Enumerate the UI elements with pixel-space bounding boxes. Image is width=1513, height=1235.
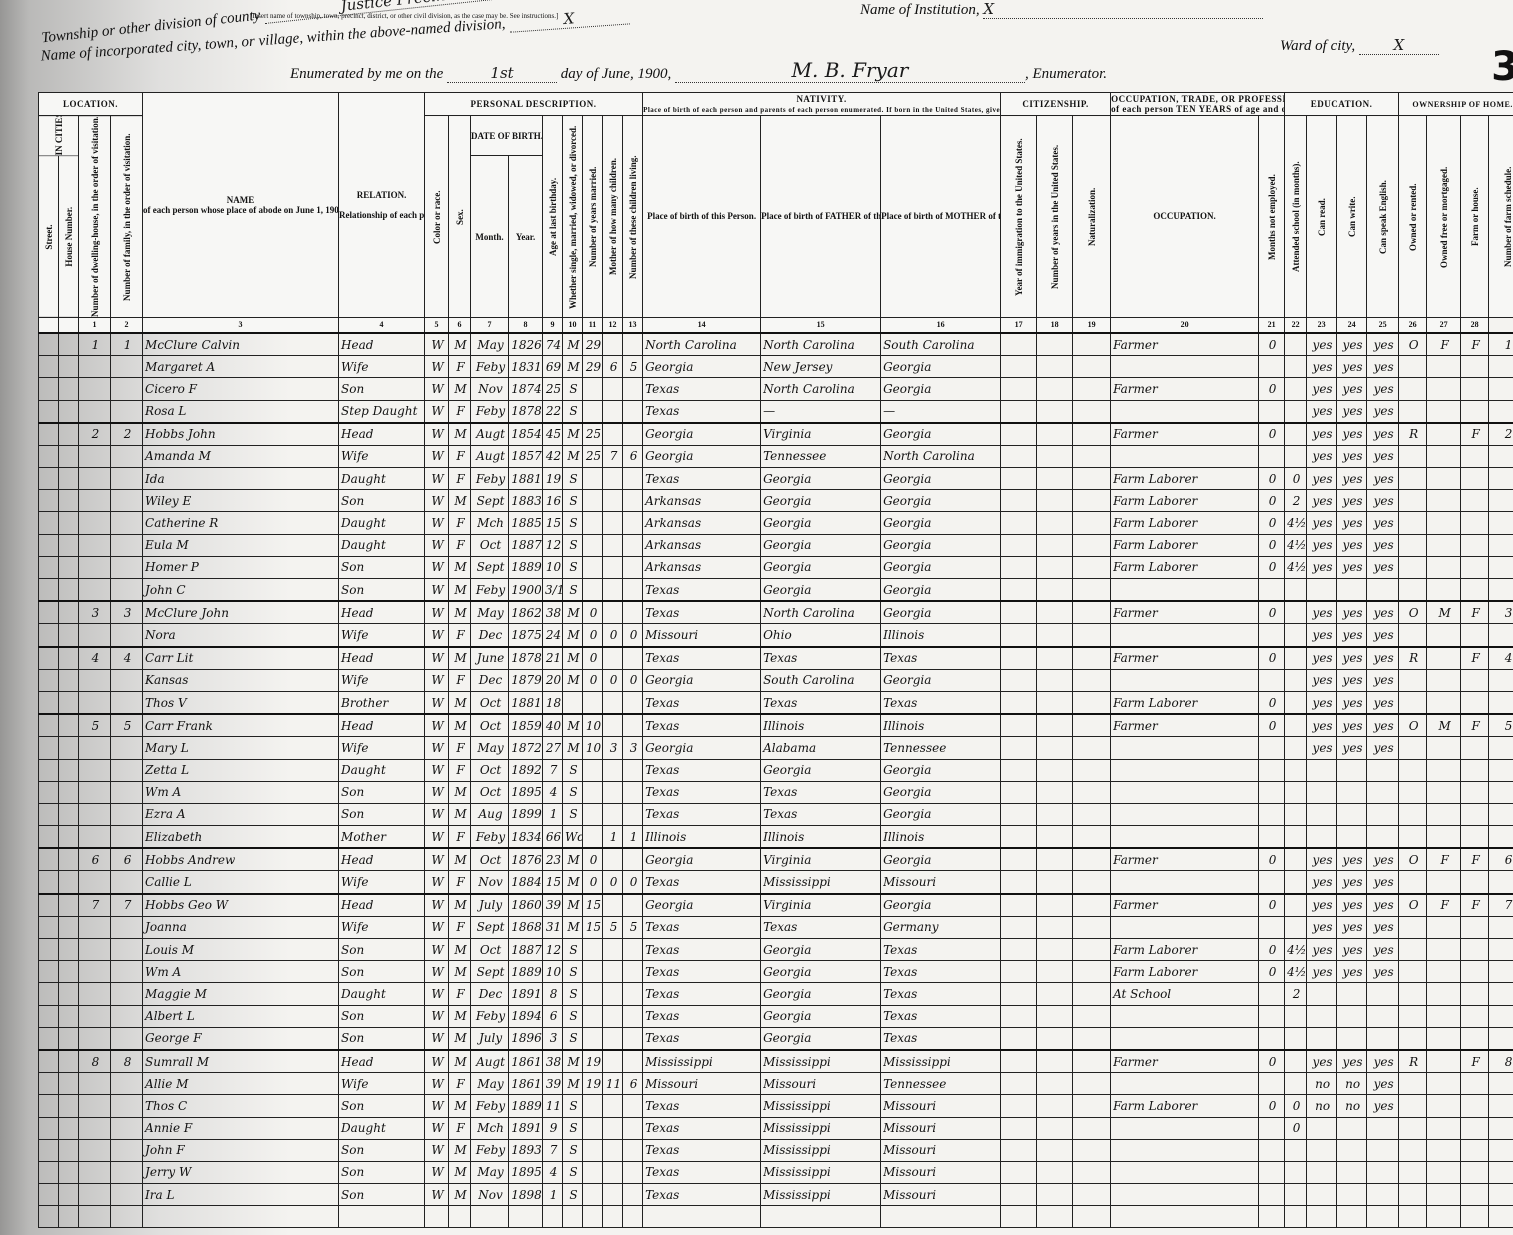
street-cell	[39, 894, 59, 917]
birth-month-cell: May	[471, 601, 509, 624]
age-cell: 74	[543, 333, 563, 356]
column-number: 7	[471, 317, 509, 333]
children-living-cell	[623, 1206, 643, 1228]
dwelling-number-cell: 3	[79, 601, 111, 624]
can-write-cell: yes	[1337, 939, 1367, 961]
birth-month-cell: Feby	[471, 468, 509, 490]
children-living-cell	[623, 647, 643, 670]
age-cell: 66	[543, 826, 563, 849]
marital-status-cell: S	[563, 579, 583, 602]
naturalization-cell	[1073, 1117, 1111, 1139]
mother-of-cell	[603, 1027, 623, 1050]
months-unemployed-cell	[1259, 1073, 1285, 1095]
naturalization-cell	[1073, 691, 1111, 714]
years-married-cell: 0	[583, 601, 603, 624]
age-cell: 23	[543, 848, 563, 871]
age-cell: 15	[543, 871, 563, 894]
occupation-cell	[1111, 916, 1259, 938]
can-speak-english-cell: yes	[1367, 333, 1399, 356]
relation-cell: Son	[339, 490, 425, 512]
years-married-cell: 10	[583, 714, 603, 737]
years-in-us-cell	[1037, 714, 1073, 737]
house-number-cell	[59, 624, 79, 647]
street-cell	[39, 848, 59, 871]
occupation-cell: Farm Laborer	[1111, 556, 1259, 578]
house-number-cell	[59, 961, 79, 983]
birth-month-cell: May	[471, 737, 509, 759]
can-speak-english-cell	[1367, 1161, 1399, 1183]
can-write-cell	[1337, 1117, 1367, 1139]
birth-month-cell: Sept	[471, 490, 509, 512]
naturalization-cell	[1073, 579, 1111, 602]
birth-month-cell: Oct	[471, 848, 509, 871]
marital-status-cell: S	[563, 803, 583, 825]
can-write-cell: yes	[1337, 378, 1367, 400]
occupation-section-header: OCCUPATION, TRADE, OR PROFESSIONof each …	[1111, 93, 1285, 116]
naturalization-cell	[1073, 356, 1111, 378]
years-married-cell	[583, 1184, 603, 1206]
can-read-cell: yes	[1307, 714, 1337, 737]
age-cell: 7	[543, 1139, 563, 1161]
color-cell: W	[425, 490, 449, 512]
months-unemployed-cell	[1259, 579, 1285, 602]
house-number-cell	[59, 378, 79, 400]
birthplace-cell: Texas	[643, 939, 761, 961]
owned-rented-cell	[1399, 737, 1427, 759]
color-cell: W	[425, 423, 449, 446]
farm-house-cell	[1461, 961, 1489, 983]
mother-of-cell	[603, 691, 623, 714]
occupation-cell	[1111, 1005, 1259, 1027]
farm-house-cell	[1461, 579, 1489, 602]
house-number-cell	[59, 737, 79, 759]
mother-birthplace-cell: Georgia	[881, 556, 1001, 578]
color-cell: W	[425, 400, 449, 423]
father-birthplace-cell: —	[761, 400, 881, 423]
house-number-cell	[59, 894, 79, 917]
color-cell: W	[425, 871, 449, 894]
house-number-cell	[59, 1206, 79, 1228]
family-number-cell	[111, 624, 143, 647]
father-birthplace-cell: Mississippi	[761, 1139, 881, 1161]
can-write-cell: yes	[1337, 894, 1367, 917]
immigration-year-cell	[1001, 333, 1037, 356]
relation-cell	[339, 1206, 425, 1228]
color-cell: W	[425, 534, 449, 556]
age-cell: 3	[543, 1027, 563, 1050]
owned-rented-cell	[1399, 691, 1427, 714]
relation-cell: Head	[339, 894, 425, 917]
father-birthplace-cell: Georgia	[761, 961, 881, 983]
naturalization-cell	[1073, 400, 1111, 423]
birth-year-cell: 1861	[509, 1073, 543, 1095]
years-in-us-header: Number of years in the United States.	[1037, 116, 1073, 318]
institution-label: Name of Institution,	[860, 2, 980, 18]
can-read-cell	[1307, 759, 1337, 781]
years-married-cell	[583, 803, 603, 825]
years-in-us-cell	[1037, 1027, 1073, 1050]
color-cell: W	[425, 579, 449, 602]
family-number-cell: 1	[111, 333, 143, 356]
school-months-cell: 0	[1285, 1095, 1307, 1117]
age-cell: 4	[543, 1161, 563, 1183]
owned-rented-cell	[1399, 1073, 1427, 1095]
birth-year-cell: 1881	[509, 468, 543, 490]
street-cell	[39, 624, 59, 647]
father-birthplace-cell: Mississippi	[761, 1161, 881, 1183]
can-speak-english-cell: yes	[1367, 737, 1399, 759]
enumerator-name: M. B. Fryar	[675, 58, 1025, 83]
years-married-cell	[583, 490, 603, 512]
institution-line: Name of Institution, X	[860, 0, 1263, 19]
naturalization-cell	[1073, 1050, 1111, 1073]
naturalization-cell	[1073, 759, 1111, 781]
column-number: 28	[1461, 317, 1489, 333]
owned-rented-cell	[1399, 490, 1427, 512]
occupation-cell: Farmer	[1111, 423, 1259, 446]
free-mortgaged-cell	[1427, 1206, 1461, 1228]
occupation-cell	[1111, 803, 1259, 825]
person-name-cell: Hobbs Andrew	[143, 848, 339, 871]
dwelling-number-cell	[79, 983, 111, 1005]
immigration-year-cell	[1001, 1161, 1037, 1183]
birthplace-cell: Texas	[643, 468, 761, 490]
birthplace-cell: Texas	[643, 1117, 761, 1139]
mother-of-cell	[603, 1050, 623, 1073]
years-in-us-cell	[1037, 1005, 1073, 1027]
age-cell: 15	[543, 512, 563, 534]
citizenship-header: CITIZENSHIP.	[1001, 93, 1111, 116]
immigration-year-cell	[1001, 691, 1037, 714]
person-name-cell: Ida	[143, 468, 339, 490]
years-married-cell: 29	[583, 356, 603, 378]
immigration-year-cell	[1001, 826, 1037, 849]
birthplace-cell: Mississippi	[643, 1050, 761, 1073]
naturalization-cell	[1073, 378, 1111, 400]
street-cell	[39, 1184, 59, 1206]
birth-month-cell	[471, 1206, 509, 1228]
birth-month-cell: Oct	[471, 781, 509, 803]
owned-rented-cell	[1399, 1139, 1427, 1161]
person-name-cell: Catherine R	[143, 512, 339, 534]
can-write-cell	[1337, 803, 1367, 825]
birth-year-cell: 1889	[509, 1095, 543, 1117]
can-speak-english-cell: yes	[1367, 423, 1399, 446]
school-months-cell	[1285, 356, 1307, 378]
birthplace-cell: Missouri	[643, 1073, 761, 1095]
years-married-cell	[583, 579, 603, 602]
school-months-cell	[1285, 759, 1307, 781]
years-married-cell	[583, 983, 603, 1005]
father-birthplace-cell: Virginia	[761, 423, 881, 446]
age-cell: 16	[543, 490, 563, 512]
marital-status-cell: S	[563, 781, 583, 803]
children-living-cell: 6	[623, 1073, 643, 1095]
mother-birthplace-cell: Georgia	[881, 848, 1001, 871]
birthplace-cell: Texas	[643, 601, 761, 624]
person-name-cell: Wiley E	[143, 490, 339, 512]
family-number-cell: 3	[111, 601, 143, 624]
years-in-us-cell	[1037, 378, 1073, 400]
birthplace-cell: Arkansas	[643, 556, 761, 578]
name-header: NAMEof each person whose place of abode …	[143, 93, 339, 318]
years-married-cell	[583, 400, 603, 423]
can-read-cell: yes	[1307, 669, 1337, 691]
years-in-us-cell	[1037, 826, 1073, 849]
street-cell	[39, 961, 59, 983]
months-unemployed-cell: 0	[1259, 714, 1285, 737]
column-number: 5	[425, 317, 449, 333]
relation-cell: Son	[339, 961, 425, 983]
father-birthplace-cell: Virginia	[761, 894, 881, 917]
house-number-cell	[59, 1184, 79, 1206]
sex-cell: M	[449, 490, 471, 512]
column-number: 19	[1073, 317, 1111, 333]
mother-birthplace-cell: North Carolina	[881, 445, 1001, 467]
house-number-cell	[59, 759, 79, 781]
nativity-title: NATIVITY.	[796, 94, 846, 104]
relation-cell: Daught	[339, 534, 425, 556]
children-living-cell	[623, 423, 643, 446]
pob-mother-header: Place of birth of MOTHER of this person.	[881, 116, 1001, 318]
occupation-cell: Farmer	[1111, 894, 1259, 917]
free-mortgaged-cell	[1427, 400, 1461, 423]
school-months-cell	[1285, 691, 1307, 714]
immigration-year-cell	[1001, 490, 1037, 512]
naturalization-cell	[1073, 781, 1111, 803]
marital-header: Whether single, married, widowed, or div…	[563, 116, 583, 318]
mother-of-cell: 6	[603, 356, 623, 378]
marital-status-cell: S	[563, 1117, 583, 1139]
can-speak-english-cell: yes	[1367, 512, 1399, 534]
farm-house-cell	[1461, 803, 1489, 825]
person-name-cell: Amanda M	[143, 445, 339, 467]
immigration-year-cell	[1001, 1050, 1037, 1073]
street-cell	[39, 423, 59, 446]
immigration-year-cell	[1001, 1073, 1037, 1095]
occupation-title: OCCUPATION, TRADE, OR PROFESSION	[1111, 94, 1285, 104]
person-name-cell: McClure Calvin	[143, 333, 339, 356]
house-number-cell	[59, 826, 79, 849]
mother-of-cell	[603, 1117, 623, 1139]
street-cell	[39, 669, 59, 691]
can-speak-english-cell	[1367, 781, 1399, 803]
farm-schedule-header: Number of farm schedule.	[1489, 116, 1513, 318]
father-birthplace-cell: Mississippi	[761, 1050, 881, 1073]
birth-year-cell: 1854	[509, 423, 543, 446]
dwelling-number-cell: 7	[79, 894, 111, 917]
years-in-us-cell	[1037, 423, 1073, 446]
mother-birthplace-cell: Missouri	[881, 1117, 1001, 1139]
sex-cell: M	[449, 378, 471, 400]
immigration-year-cell	[1001, 556, 1037, 578]
can-speak-english-cell: yes	[1367, 378, 1399, 400]
father-birthplace-cell: North Carolina	[761, 601, 881, 624]
free-mortgaged-cell	[1427, 781, 1461, 803]
table-row: 11McClure CalvinHeadWMMay182674M29North …	[39, 333, 1513, 356]
color-cell: W	[425, 468, 449, 490]
person-name-cell: Thos C	[143, 1095, 339, 1117]
father-birthplace-cell	[761, 1206, 881, 1228]
street-header: Street.	[39, 156, 59, 318]
mother-birthplace-cell: Texas	[881, 691, 1001, 714]
farm-house-cell	[1461, 916, 1489, 938]
owned-rented-cell	[1399, 534, 1427, 556]
color-cell: W	[425, 1095, 449, 1117]
children-living-cell: 3	[623, 737, 643, 759]
birth-month-cell: Feby	[471, 1095, 509, 1117]
mother-of-cell	[603, 400, 623, 423]
school-months-cell	[1285, 1184, 1307, 1206]
dwelling-number-cell	[79, 1027, 111, 1050]
street-cell	[39, 1095, 59, 1117]
age-cell: 69	[543, 356, 563, 378]
marital-status-cell: M	[563, 894, 583, 917]
marital-status-cell: S	[563, 1161, 583, 1183]
months-unemployed-cell	[1259, 1161, 1285, 1183]
school-months-cell	[1285, 333, 1307, 356]
dwelling-number-cell	[79, 490, 111, 512]
dwelling-number-cell	[79, 781, 111, 803]
mother-of-header: Mother of how many children.	[603, 116, 623, 318]
mother-birthplace-cell: Georgia	[881, 378, 1001, 400]
table-row: Homer PSonWMSept188910SArkansasGeorgiaGe…	[39, 556, 1513, 578]
birth-month-cell: Sept	[471, 556, 509, 578]
age-cell: 1	[543, 1184, 563, 1206]
owned-rented-cell	[1399, 1005, 1427, 1027]
age-cell: 39	[543, 1073, 563, 1095]
farm-house-cell	[1461, 400, 1489, 423]
person-name-cell: Eula M	[143, 534, 339, 556]
table-row: Allie MWifeWFMay186139M19116MissouriMiss…	[39, 1073, 1513, 1095]
immigration-year-cell	[1001, 737, 1037, 759]
table-row: 55Carr FrankHeadWMOct185940M10TexasIllin…	[39, 714, 1513, 737]
dwelling-number-cell	[79, 1005, 111, 1027]
naturalization-cell	[1073, 512, 1111, 534]
free-mortgaged-cell: F	[1427, 333, 1461, 356]
house-number-cell	[59, 423, 79, 446]
naturalization-cell	[1073, 333, 1111, 356]
farm-house-cell	[1461, 759, 1489, 781]
can-speak-english-cell	[1367, 983, 1399, 1005]
color-cell: W	[425, 759, 449, 781]
dwelling-number-cell	[79, 961, 111, 983]
children-living-cell	[623, 490, 643, 512]
years-in-us-cell	[1037, 871, 1073, 894]
person-name-cell: Joanna	[143, 916, 339, 938]
birth-month-cell: Augt	[471, 423, 509, 446]
person-name-cell: Sumrall M	[143, 1050, 339, 1073]
birth-year-cell: 1885	[509, 512, 543, 534]
sex-cell: M	[449, 1095, 471, 1117]
family-number-cell	[111, 759, 143, 781]
mother-of-cell	[603, 378, 623, 400]
free-mortgaged-cell	[1427, 759, 1461, 781]
years-in-us-cell	[1037, 983, 1073, 1005]
house-number-cell	[59, 490, 79, 512]
free-mortgaged-cell	[1427, 961, 1461, 983]
mother-of-cell	[603, 1005, 623, 1027]
column-number: 10	[563, 317, 583, 333]
color-cell: W	[425, 601, 449, 624]
owned-rented-cell: R	[1399, 1050, 1427, 1073]
years-in-us-cell	[1037, 1117, 1073, 1139]
family-number-cell	[111, 691, 143, 714]
naturalization-cell	[1073, 1073, 1111, 1095]
school-months-cell	[1285, 579, 1307, 602]
marital-status-cell: S	[563, 939, 583, 961]
birth-year-cell: 1868	[509, 916, 543, 938]
owned-rented-cell	[1399, 826, 1427, 849]
color-cell: W	[425, 1184, 449, 1206]
mother-of-cell	[603, 333, 623, 356]
can-read-cell: yes	[1307, 333, 1337, 356]
color-cell: W	[425, 848, 449, 871]
can-read-cell: yes	[1307, 939, 1337, 961]
age-cell: 11	[543, 1095, 563, 1117]
can-read-cell: yes	[1307, 468, 1337, 490]
years-in-us-cell	[1037, 848, 1073, 871]
school-months-cell	[1285, 781, 1307, 803]
birth-month-cell: May	[471, 1161, 509, 1183]
dwelling-number-cell	[79, 1139, 111, 1161]
farm-house-cell: F	[1461, 333, 1489, 356]
father-birthplace-cell: Georgia	[761, 579, 881, 602]
children-living-cell	[623, 691, 643, 714]
farm-house-cell: F	[1461, 714, 1489, 737]
dwelling-number-cell: 1	[79, 333, 111, 356]
mother-of-cell: 0	[603, 624, 623, 647]
immigration-year-cell	[1001, 1027, 1037, 1050]
relation-cell: Head	[339, 647, 425, 670]
table-row: John CSonWMFeby19003/12STexasGeorgiaGeor…	[39, 579, 1513, 602]
family-number-cell	[111, 871, 143, 894]
free-mortgaged-cell	[1427, 1161, 1461, 1183]
months-unemployed-cell: 0	[1259, 423, 1285, 446]
farm-house-cell: F	[1461, 894, 1489, 917]
years-married-cell	[583, 961, 603, 983]
person-name-cell: Zetta L	[143, 759, 339, 781]
children-living-cell	[623, 378, 643, 400]
can-read-cell	[1307, 781, 1337, 803]
year-header: Year.	[509, 156, 543, 318]
house-number-cell	[59, 1073, 79, 1095]
school-months-cell	[1285, 714, 1307, 737]
immigration-year-cell	[1001, 423, 1037, 446]
mother-birthplace-cell: Texas	[881, 939, 1001, 961]
street-cell	[39, 445, 59, 467]
years-in-us-cell	[1037, 512, 1073, 534]
months-unemployed-cell: 0	[1259, 490, 1285, 512]
name-title: NAME	[227, 195, 255, 205]
can-speak-english-cell: yes	[1367, 714, 1399, 737]
can-speak-english-cell	[1367, 1139, 1399, 1161]
birth-year-cell: 1898	[509, 1184, 543, 1206]
birth-year-cell: 1826	[509, 333, 543, 356]
farm-house-cell	[1461, 534, 1489, 556]
immigration-year-cell	[1001, 803, 1037, 825]
can-speak-english-cell	[1367, 1117, 1399, 1139]
children-living-cell	[623, 468, 643, 490]
children-living-cell	[623, 983, 643, 1005]
can-write-cell	[1337, 1206, 1367, 1228]
months-unemployed-cell	[1259, 1139, 1285, 1161]
years-married-cell: 0	[583, 624, 603, 647]
can-speak-english-cell: yes	[1367, 356, 1399, 378]
house-number-cell	[59, 803, 79, 825]
month-header: Month.	[471, 156, 509, 318]
person-name-cell: Homer P	[143, 556, 339, 578]
